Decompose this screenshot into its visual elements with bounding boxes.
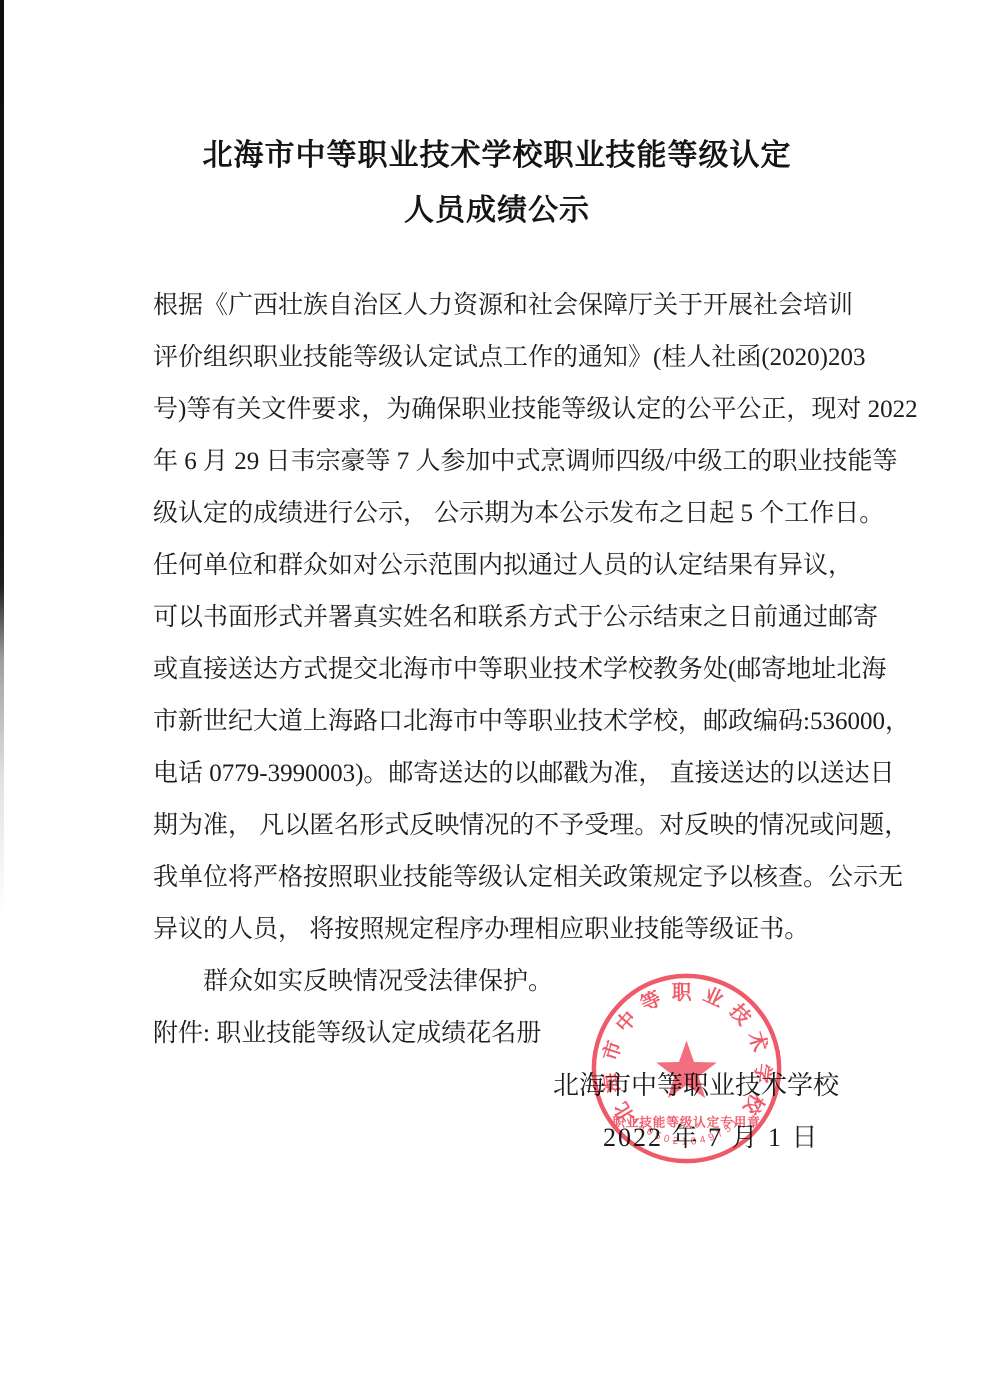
paragraph-line: 根据《广西壮族自治区人力资源和社会保障厅关于开展社会培训 xyxy=(153,280,868,332)
paragraph-line: 任何单位和群众如对公示范围内拟通过人员的认定结果有异议， xyxy=(153,540,868,592)
law-protection-line: 群众如实反映情况受法律保护。 xyxy=(153,956,868,1008)
signature-org-name: 北海市中等职业技术学校 xyxy=(153,1060,868,1112)
paragraph-line: 异议的人员， 将按照规定程序办理相应职业技能等级证书。 xyxy=(153,904,868,956)
paragraph-line: 市新世纪大道上海路口北海市中等职业技术学校，邮政编码:536000， xyxy=(153,696,868,748)
paragraph-line: 评价组织职业技能等级认定试点工作的通知》(桂人社函(2020)203 xyxy=(153,332,868,384)
signature-date: 2022 年 7 月 1 日 xyxy=(153,1112,868,1164)
paragraph-line: 年 6 月 29 日韦宗豪等 7 人参加中式烹调师四级/中级工的职业技能等 xyxy=(153,436,868,488)
paragraph-line: 或直接送达方式提交北海市中等职业技术学校教务处(邮寄地址北海 xyxy=(153,644,868,696)
scanned-document-page: 北海市中等职业技术学校职业技能等级认定 人员成绩公示 根据《广西壮族自治区人力资… xyxy=(0,0,994,1396)
paragraph-line: 电话 0779-3990003)。邮寄送达的以邮戳为准， 直接送达的以送达日 xyxy=(153,748,868,800)
document-body: 根据《广西壮族自治区人力资源和社会保障厅关于开展社会培训 评价组织职业技能等级认… xyxy=(153,280,868,1164)
document-title-line1: 北海市中等职业技术学校职业技能等级认定 xyxy=(0,128,994,183)
paragraph-line: 号)等有关文件要求，为确保职业技能等级认定的公平公正，现对 2022 xyxy=(153,384,868,436)
attachment-line: 附件: 职业技能等级认定成绩花名册 xyxy=(153,1008,868,1060)
document-title: 北海市中等职业技术学校职业技能等级认定 人员成绩公示 xyxy=(0,128,994,238)
paragraph-1: 根据《广西壮族自治区人力资源和社会保障厅关于开展社会培训 评价组织职业技能等级认… xyxy=(153,280,868,540)
paragraph-2: 任何单位和群众如对公示范围内拟通过人员的认定结果有异议， 可以书面形式并署真实姓… xyxy=(153,540,868,956)
document-title-line2: 人员成绩公示 xyxy=(0,183,994,238)
paragraph-line: 我单位将严格按照职业技能等级认定相关政策规定予以核查。公示无 xyxy=(153,852,868,904)
paragraph-line: 期为准， 凡以匿名形式反映情况的不予受理。对反映的情况或问题， xyxy=(153,800,868,852)
paragraph-line: 可以书面形式并署真实姓名和联系方式于公示结束之日前通过邮寄 xyxy=(153,592,868,644)
paragraph-line: 级认定的成绩进行公示， 公示期为本公示发布之日起 5 个工作日。 xyxy=(153,488,868,540)
